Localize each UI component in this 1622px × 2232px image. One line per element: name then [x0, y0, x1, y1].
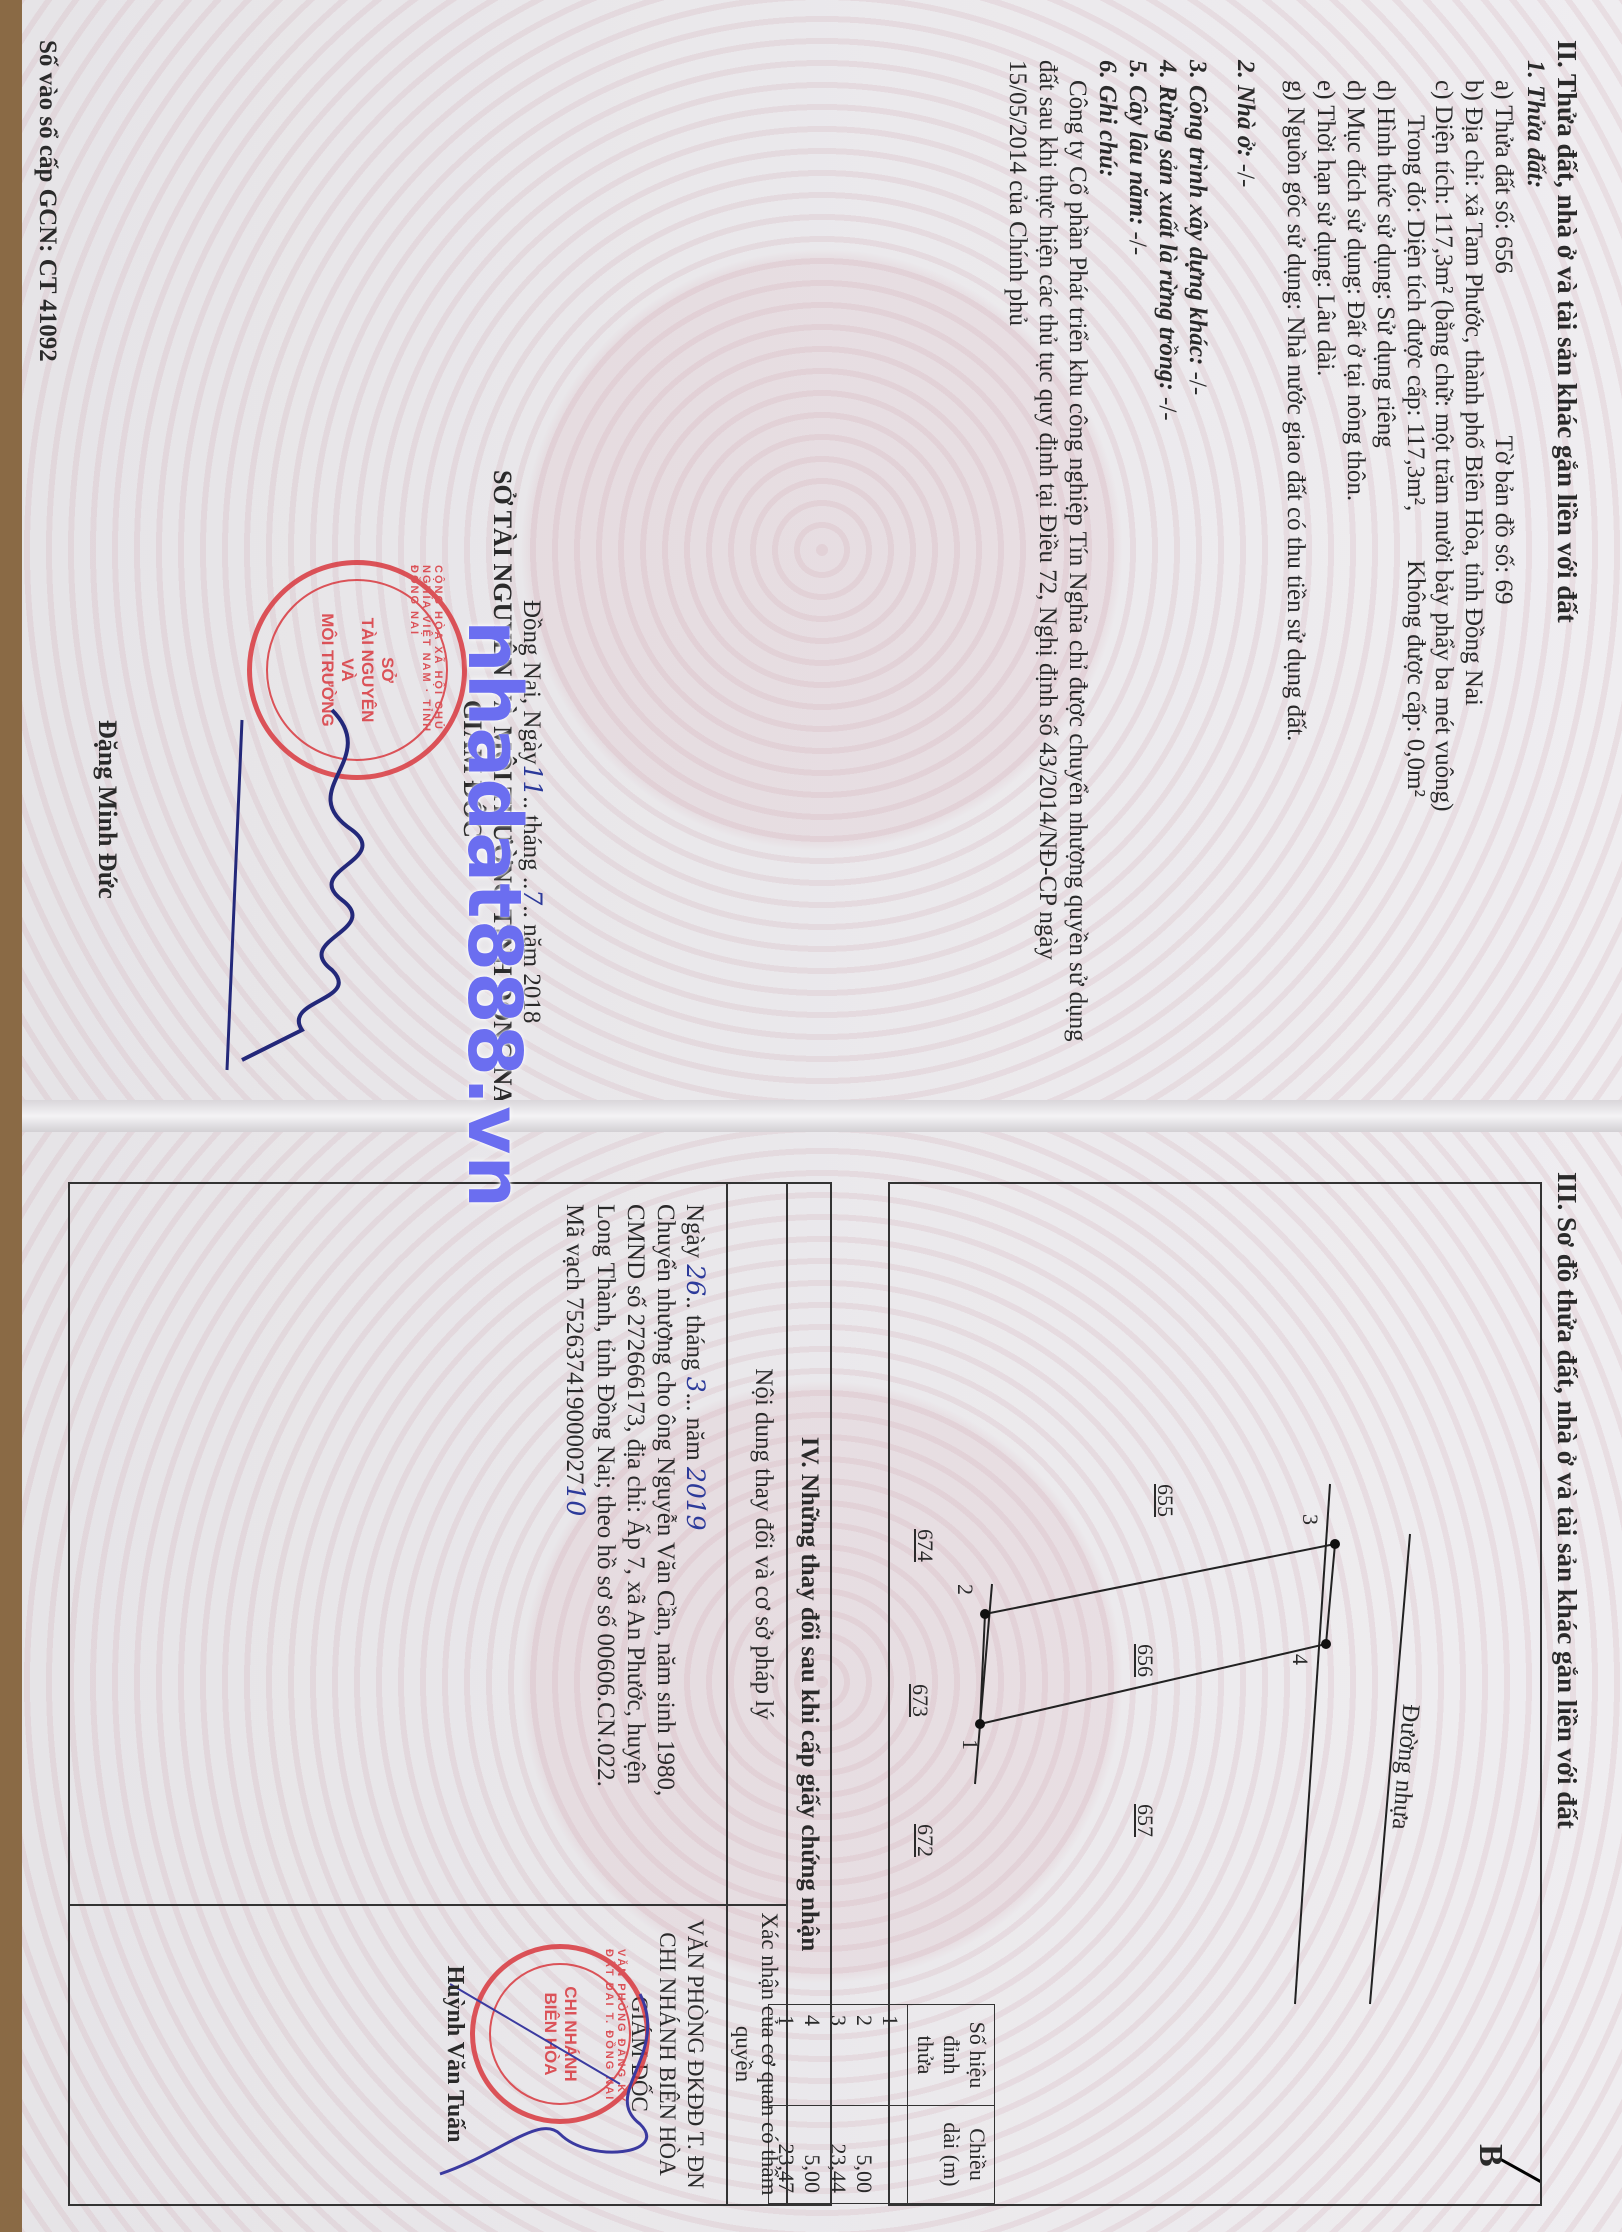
notes-label: 6. Ghi chú:	[1092, 60, 1122, 177]
perennial-row: 5. Cây lâu năm: -/-	[1122, 60, 1152, 255]
confirm-office: VĂN PHÒNG ĐKĐĐ T. ĐN	[680, 1904, 710, 2204]
house-row: 2. Nhà ở: -/-	[1230, 60, 1260, 187]
map-sheet-number: 69	[1490, 579, 1517, 604]
land-origin: g) Nguồn gốc sử dụng: Nhà nước giao đất …	[1280, 80, 1310, 741]
notes-line: 15/05/2014 của Chính phủ	[1002, 60, 1032, 326]
parcel-diagram: Đường nhựa 3 4 1 2 656 655 657 672 673 6…	[888, 1182, 1542, 2206]
map-sheet-label: Tờ bản đồ số:	[1490, 436, 1517, 574]
table-header: Chiều dài (m)	[908, 2105, 995, 2203]
neighbor-657-label: 657	[1130, 1804, 1160, 1837]
page-section-2: II. Thửa đất, nhà ở và tài sản khác gắn …	[22, 0, 1622, 1100]
certificate-sheet: II. Thửa đất, nhà ở và tài sản khác gắn …	[22, 0, 1622, 2232]
usage-form: d) Hình thức sử dụng: Sử dụng riêng	[1370, 80, 1400, 448]
signer-name: Đặng Minh Đức	[92, 720, 122, 899]
north-arrow-icon: B	[1475, 2144, 1505, 2167]
change-line: CMND số 272666173, địa chỉ: Ấp 7, xã An …	[620, 1204, 650, 1784]
parcel-number-row: a) Thửa đất số: 656 Tờ bản đồ số: 69	[1488, 80, 1518, 604]
vertex-label: 1	[955, 1739, 985, 1750]
site-watermark: nhadat888.vn	[451, 620, 537, 1209]
section-2-title: II. Thửa đất, nhà ở và tài sản khác gắn …	[1552, 40, 1582, 623]
neighbor-673-label: 673	[905, 1684, 935, 1717]
notes-line: đất sau khi thực hiện các thủ tục quy đị…	[1032, 60, 1062, 960]
area-not-granted: Không được cấp: 0,0m²	[1400, 560, 1430, 797]
neighbor-674-label: 674	[910, 1529, 940, 1562]
usage-purpose: d) Mục đích sử dụng: Đất ở tại nông thôn…	[1340, 80, 1370, 501]
usage-term: e) Thời hạn sử dụng: Lâu dài.	[1310, 80, 1340, 376]
change-line: Mã vạch 75263741900002710	[559, 1204, 590, 1516]
director-signature	[202, 700, 442, 1080]
neighbor-655-label: 655	[1150, 1484, 1180, 1517]
changes-section: IV. Những thay đổi sau khi cấp giấy chứn…	[68, 1182, 832, 2206]
vertex-label: 4	[1285, 1654, 1315, 1665]
parcel-656-label: 656	[1130, 1644, 1160, 1677]
production-forest-row: 4. Rừng sản xuất là rừng trồng: -/-	[1152, 60, 1182, 421]
col-content-header: Nội dung thay đổi và cơ sở pháp lý	[748, 1184, 778, 1904]
registry-number: Số vào sổ cấp GCN: CT 41092	[32, 40, 62, 362]
neighbor-672-label: 672	[910, 1824, 940, 1857]
confirm-signer: Huỳnh Văn Tuấn	[440, 1904, 470, 2204]
parcel-area: c) Diện tích: 117,3m² (bằng chữ: một tră…	[1428, 80, 1458, 811]
change-line: Chuyển nhượng cho ông Nguyễn Văn Cần, nă…	[650, 1204, 680, 1796]
col-confirm-header: Xác nhận của cơ quan có thẩm quyền	[730, 1904, 782, 2204]
vertex-label: 2	[950, 1584, 980, 1595]
land-heading: 1. Thửa đất:	[1520, 60, 1550, 188]
other-construction-row: 3. Công trình xây dựng khác: -/-	[1182, 60, 1212, 395]
parcel-address: b) Địa chỉ: xã Tam Phước, thành phố Biên…	[1458, 80, 1488, 706]
change-date: Ngày 26.. tháng 3... năm 2019	[679, 1204, 710, 1531]
notes-line: Công ty Cổ phần Phát triển khu công nghi…	[1062, 80, 1092, 1042]
parcel-label: a) Thửa đất số:	[1490, 80, 1517, 230]
page-fold	[22, 1100, 1622, 1132]
area-granted: Trong đó: Diện tích được cấp: 117,3m²,	[1400, 115, 1430, 511]
change-line: Long Thành, tỉnh Đồng Nai; theo hồ sơ số…	[590, 1204, 620, 1787]
section-3-title: III. Sơ đồ thửa đất, nhà ở và tài sản kh…	[1552, 1172, 1582, 1829]
parcel-number: 656	[1490, 236, 1517, 274]
table-header: Số hiệu đỉnh thửa	[908, 2005, 995, 2106]
section-4-title: IV. Những thay đổi sau khi cấp giấy chứn…	[794, 1184, 824, 2204]
vertex-label: 3	[1295, 1514, 1325, 1525]
page-section-3-4: III. Sơ đồ thửa đất, nhà ở và tài sản kh…	[22, 1132, 1622, 2232]
